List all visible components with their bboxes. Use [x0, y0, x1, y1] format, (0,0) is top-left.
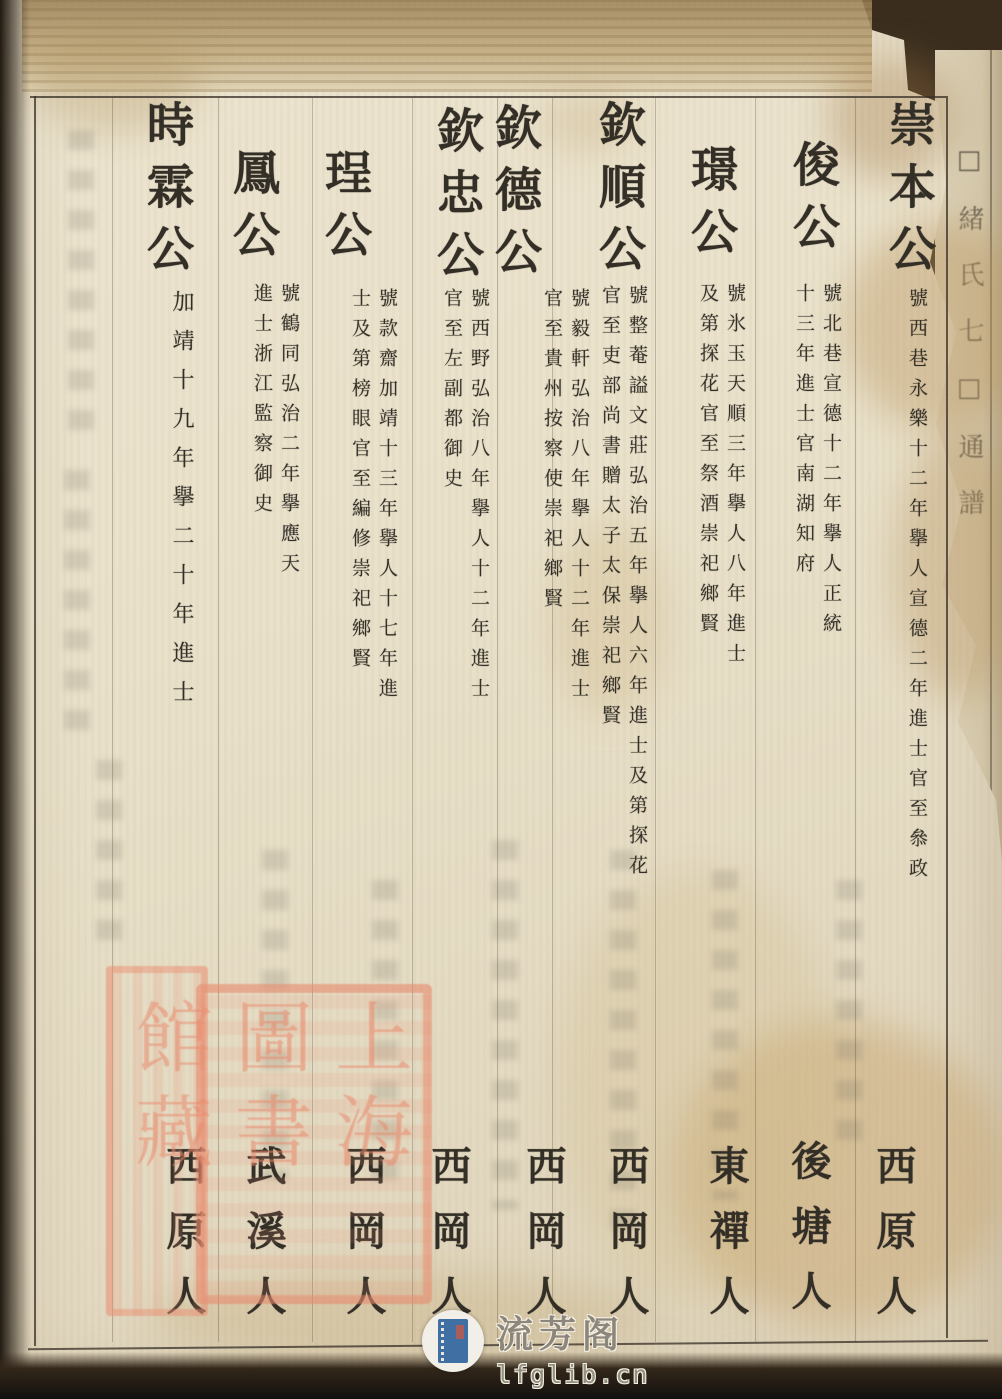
entry-name: 欽忠公 [423, 106, 490, 292]
entry-name: 璟公 [677, 145, 744, 269]
frame-top-rule [30, 96, 948, 98]
column-rule [855, 98, 856, 1342]
collection-seal: 上海圖書館藏 [196, 984, 432, 1304]
entry-name: 崇本公 [875, 100, 942, 286]
watermark-logo [422, 1310, 484, 1372]
gutter-shadow [0, 0, 30, 1399]
margin-edge-text: □緒氏七□通譜 [951, 145, 988, 545]
entry-note: 號鶴同弘治二年擧應天進士浙江監察御史 [248, 283, 302, 588]
watermark-site-url: lfglib.cn [496, 1360, 649, 1389]
column-rule [655, 98, 656, 1342]
secondary-seal [106, 966, 208, 1316]
entry-note: 號款齋加靖十三年擧人十七年進士及第榜眼官至編修崇祀鄉賢 [346, 288, 400, 713]
genealogy-page-scan: □緒氏七□通譜 崇本公 號西巷永樂十二年擧人宣德二年進士官至叅政 西原人 俊公 … [0, 0, 1002, 1399]
entry-note: 加靖十九年擧二十年進士 [166, 290, 196, 770]
entry-note: 號北巷宣德十二年擧人正統十三年進士官南湖知府 [790, 283, 844, 648]
entry-name: 俊公 [779, 140, 846, 264]
entry-note: 號西巷永樂十二年擧人宣德二年進士官至叅政 [903, 288, 930, 908]
entry-place: 東禪人 [698, 1145, 755, 1340]
entry-note: 號毅軒弘治八年擧人十二年進士官至貴州按察使崇祀鄉賢 [538, 288, 592, 718]
entry-note: 號整菴謚文莊弘治五年擧人六年進士及第探花官至吏部尚書贈太子太保崇祀鄉賢 [596, 285, 650, 885]
frame-right-rule [946, 98, 948, 1338]
frame-left-rule [34, 96, 36, 1346]
under-page-rule [990, 50, 992, 890]
book-top-page-edges [22, 0, 872, 92]
entry-name: 欽德公 [481, 103, 548, 289]
watermark-site-name: 流芳阁 [496, 1304, 649, 1358]
entry-place: 西原人 [865, 1145, 922, 1340]
book-icon [438, 1319, 468, 1363]
entry-name: 時霖公 [133, 100, 200, 286]
entry-name: 鳳公 [219, 148, 286, 272]
entry-note: 號西野弘治八年擧人十二年進士官至左副都御史 [438, 288, 492, 728]
entry-name: 欽順公 [585, 100, 652, 286]
column-rule [755, 98, 756, 1342]
site-watermark: 流芳阁 lfglib.cn [422, 1304, 649, 1389]
entry-place: 後塘人 [780, 1140, 837, 1335]
entry-name: 珵公 [311, 148, 378, 272]
entry-note: 號氷玉天順三年擧人八年進士及第探花官至祭酒崇祀鄉賢 [694, 283, 748, 678]
